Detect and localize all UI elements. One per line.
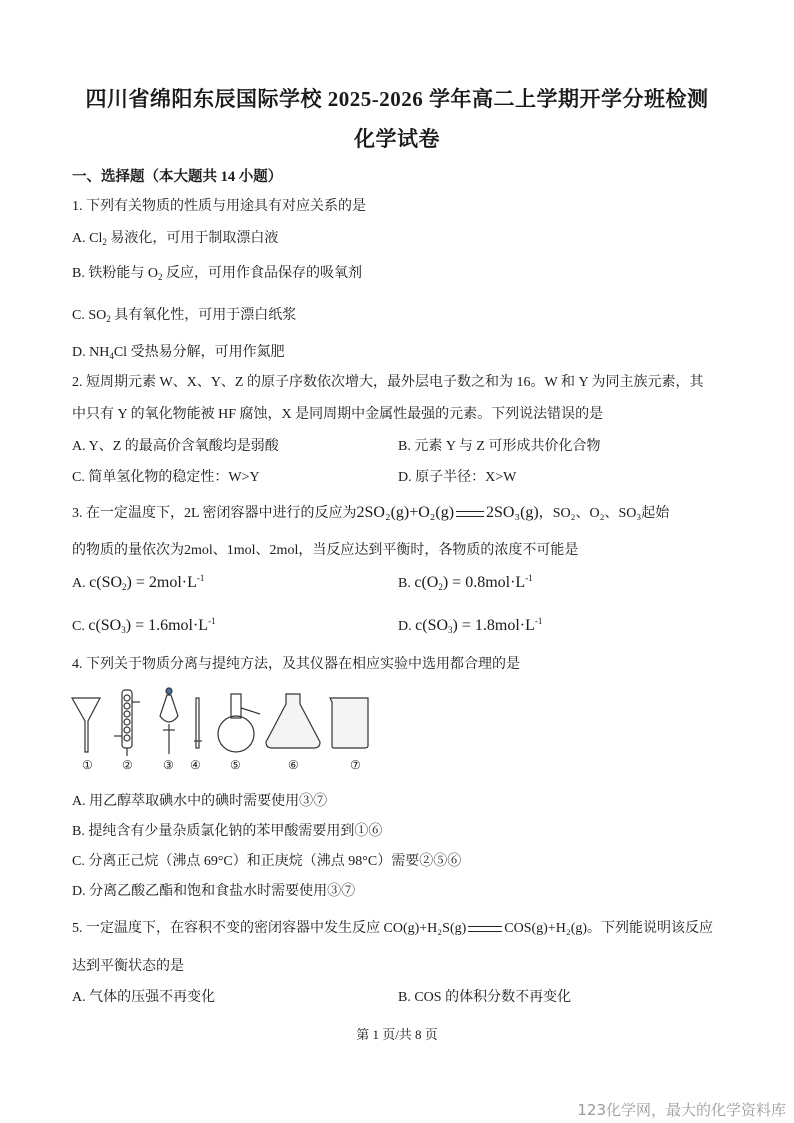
q3-b-value: = 0.8mol·L [448,574,525,591]
q3-option-c: C. c(SO3) = 1.6mol·L-1 [72,617,216,635]
q1-c-text-post: 具有氧化性，可用于漂白纸浆 [111,308,297,323]
q5-stem-line1: 5. 一定温度下，在容积不变的密闭容器中发生反应 CO(g)+H₂S(g)COS… [72,917,713,937]
q3-a-species: SO [102,574,122,591]
q3-a-value: = 2mol·L [132,574,197,591]
q3-c-sub: 3 [121,625,126,635]
q3-b-label: B. [398,576,411,591]
q3-stem-line1: 3. 在一定温度下，2L 密闭容器中进行的反应为2SO₂(g)+O₂(g)2SO… [72,502,669,522]
page-number: 第 1 页/共 8 页 [0,1024,794,1043]
q2-stem-line1: 2. 短周期元素 W、X、Y、Z 的原子序数依次增大，最外层电子数之和为 16。… [72,371,704,391]
burette-icon [194,698,202,748]
q1-a-text-post: 易液化，可用于制取漂白液 [107,231,279,246]
q1-option-c: C. SO2 具有氧化性，可用于漂白纸浆 [72,304,296,324]
separatory-funnel-icon [160,688,178,754]
q5-stem-post: COS(g)+H₂(g)。下列能说明该反应 [504,921,713,936]
section-heading: 一、选择题（本大题共 14 小题） [72,165,282,186]
q1-b-text: B. 铁粉能与 O [72,266,158,281]
q1-a-text: A. Cl [72,231,102,246]
q1-stem: 1. 下列有关物质的性质与用途具有对应关系的是 [72,195,366,215]
q2-stem-line2: 中只有 Y 的氧化物能被 HF 腐蚀，X 是同周期中金属性最强的元素。下列说法错… [72,403,603,423]
lab-apparatus-illustration [68,686,378,756]
q3-option-d: D. c(SO3) = 1.8mol·L-1 [398,617,542,635]
apparatus-label-6: ⑥ [288,758,299,773]
q3-d-label: D. [398,619,412,634]
q5-stem-pre: 5. 一定温度下，在容积不变的密闭容器中发生反应 CO(g)+H₂S(g) [72,921,466,936]
q5-stem-line2: 达到平衡状态的是 [72,955,184,975]
q3-stem-line2: 的物质的量依次为2mol、1mol、2mol，当反应达到平衡时，各物质的浓度不可… [72,539,578,559]
conical-flask-icon [266,694,320,748]
apparatus-figure: ① ② ③ ④ ⑤ ⑥ ⑦ [68,686,378,776]
q3-stem-post: ，SO₂、O₂、SO₃起始 [539,506,670,521]
q3-b-sub: 2 [438,582,443,592]
exam-title: 四川省绵阳东辰国际学校 2025-2026 学年高二上学期开学分班检测 [0,83,794,113]
q5-option-a: A. 气体的压强不再变化 [72,986,215,1006]
watermark: 123化学网，最大的化学资料库 [577,1099,786,1120]
beaker-icon [330,698,368,748]
apparatus-label-5: ⑤ [230,758,241,773]
q3-stem-pre: 3. 在一定温度下，2L 密闭容器中进行的反应为 [72,506,357,521]
apparatus-label-2: ② [122,758,133,773]
q4-option-c: C. 分离正己烷（沸点 69°C）和正庚烷（沸点 98°C）需要②⑤⑥ [72,850,461,870]
q5-option-b: B. COS 的体积分数不再变化 [398,986,571,1006]
q3-c-value: = 1.6mol·L [131,617,208,634]
q2-option-b: B. 元素 Y 与 Z 可形成共价化合物 [398,435,600,455]
q1-d-text: D. NH [72,345,109,360]
q3-equation-right: 2SO₃(g) [486,504,539,521]
q3-option-b: B. c(O2) = 0.8mol·L-1 [398,574,533,592]
q2-option-a: A. Y、Z 的最高价含氧酸均是弱酸 [72,435,279,455]
q3-b-exp: -1 [525,573,533,583]
q3-d-sub: 3 [448,625,453,635]
q2-option-c: C. 简单氢化物的稳定性：W>Y [72,466,260,486]
q3-d-species: SO [428,617,448,634]
equilibrium-arrow-icon [456,509,484,519]
apparatus-label-7: ⑦ [350,758,361,773]
q1-b-text-post: 反应，可用作食品保存的吸氧剂 [162,266,362,281]
q1-c-text: C. SO [72,308,106,323]
apparatus-label-4: ④ [190,758,201,773]
distillation-flask-icon [218,694,260,752]
apparatus-label-1: ① [82,758,93,773]
equilibrium-arrow-icon [468,924,502,934]
q3-option-a: A. c(SO2) = 2mol·L-1 [72,574,204,592]
q4-option-b: B. 提纯含有少量杂质氯化钠的苯甲酸需要用到①⑥ [72,820,382,840]
q1-option-a: A. Cl2 易液化，可用于制取漂白液 [72,227,278,247]
q3-c-label: C. [72,619,85,634]
q3-a-sub: 2 [122,582,127,592]
q3-b-species: O [427,574,439,591]
q1-option-b: B. 铁粉能与 O2 反应，可用作食品保存的吸氧剂 [72,262,362,282]
q4-option-d: D. 分离乙酸乙酯和饱和食盐水时需要使用③⑦ [72,880,355,900]
q4-stem: 4. 下列关于物质分离与提纯方法，及其仪器在相应实验中选用都合理的是 [72,653,520,673]
q3-d-exp: -1 [535,616,543,626]
q3-c-species: SO [101,617,121,634]
q3-a-exp: -1 [197,573,205,583]
q3-a-label: A. [72,576,86,591]
apparatus-label-3: ③ [163,758,174,773]
funnel-icon [72,698,100,752]
q1-option-d: D. NH4Cl 受热易分解，可用作氮肥 [72,341,285,361]
q1-d-text-post: Cl 受热易分解，可用作氮肥 [114,345,285,360]
exam-subtitle: 化学试卷 [0,123,794,153]
q3-d-value: = 1.8mol·L [458,617,535,634]
condenser-icon [114,690,140,756]
q3-equation-left: 2SO₂(g)+O₂(g) [357,504,455,521]
q2-option-d: D. 原子半径：X>W [398,466,516,486]
q3-c-exp: -1 [208,616,216,626]
q4-option-a: A. 用乙醇萃取碘水中的碘时需要使用③⑦ [72,790,327,810]
